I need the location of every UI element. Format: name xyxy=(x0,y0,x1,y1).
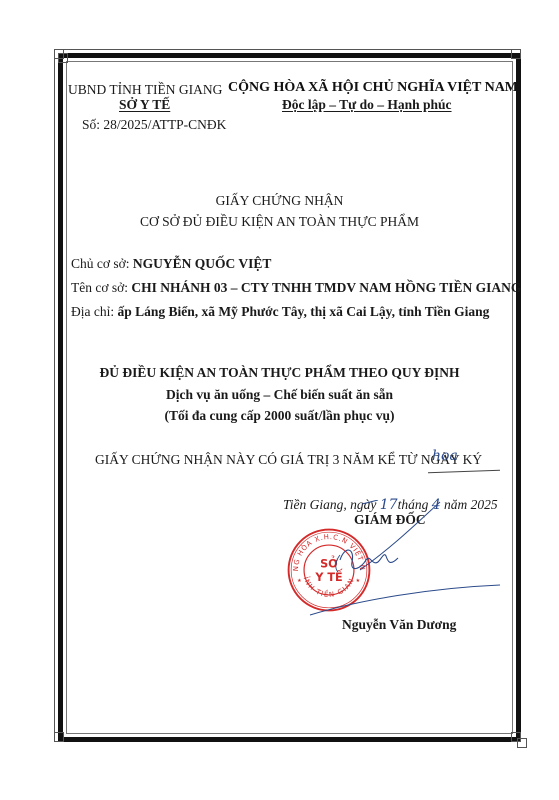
year-label: năm 2025 xyxy=(444,497,498,512)
stamp-seal-icon: CỘNG HÒA X.H.C.N VIỆT NAM TỈNH TIỀN GIAN… xyxy=(286,527,372,613)
national-title: CỘNG HÒA XÃ HỘI CHỦ NGHĨA VIỆT NAM xyxy=(228,80,518,96)
document-number: Số: 28/2025/ATTP-CNĐK xyxy=(82,117,226,133)
capacity-note: (Tối đa cung cấp 2000 suất/lần phục vụ) xyxy=(0,408,559,424)
signer-position: GIÁM ĐỐC xyxy=(354,512,426,528)
certificate-subtitle: CƠ SỞ ĐỦ ĐIỀU KIỆN AN TOÀN THỰC PHẨM xyxy=(0,214,559,230)
date-prefix: Tiền Giang, ngày xyxy=(283,497,380,512)
month-label: tháng xyxy=(398,497,432,512)
svg-text:★: ★ xyxy=(297,578,302,584)
corner-ornament-bottom-right-outer xyxy=(517,738,527,748)
national-motto: Độc lập – Tự do – Hạnh phúc xyxy=(282,97,452,113)
service-type: Dịch vụ ăn uống – Chế biến suất ăn sẵn xyxy=(0,387,559,403)
address-row: Địa chỉ: ấp Láng Biển, xã Mỹ Phước Tây, … xyxy=(71,304,489,320)
official-stamp: CỘNG HÒA X.H.C.N VIỆT NAM TỈNH TIỀN GIAN… xyxy=(286,527,372,613)
issuing-authority: UBND TỈNH TIỀN GIANG xyxy=(68,82,222,98)
signer-name: Nguyễn Văn Dương xyxy=(342,617,456,633)
address-value: ấp Láng Biển, xã Mỹ Phước Tây, thị xã Ca… xyxy=(118,304,490,319)
address-label: Địa chỉ: xyxy=(71,304,118,319)
establishment-value: CHI NHÁNH 03 – CTY TNHH TMDV NAM HỒNG TI… xyxy=(131,280,521,295)
handwritten-month: 4 xyxy=(432,497,441,513)
issuing-department: SỞ Y TẾ xyxy=(119,97,170,113)
initial-signature: hoa xyxy=(432,448,458,464)
signing-date: Tiền Giang, ngày 17tháng 4 năm 2025 xyxy=(283,497,498,513)
certificate-title: GIẤY CHỨNG NHẬN xyxy=(0,193,559,209)
establishment-row: Tên cơ sở: CHI NHÁNH 03 – CTY TNHH TMDV … xyxy=(71,280,521,296)
corner-ornament-bottom-left xyxy=(54,732,64,742)
handwritten-day: 17 xyxy=(380,497,398,513)
stamp-center-line1: SỞ xyxy=(320,556,338,570)
validity-statement: GIẤY CHỨNG NHẬN NÀY CÓ GIÁ TRỊ 3 NĂM KỂ … xyxy=(95,452,482,468)
establishment-label: Tên cơ sở: xyxy=(71,280,131,295)
corner-ornament-top-right xyxy=(511,49,521,59)
owner-row: Chủ cơ sở: NGUYỄN QUỐC VIỆT xyxy=(71,256,271,272)
compliance-statement: ĐỦ ĐIỀU KIỆN AN TOÀN THỰC PHẨM THEO QUY … xyxy=(0,365,559,381)
corner-ornament-top-left-inner xyxy=(58,53,68,63)
stamp-center-line2: Y TẾ xyxy=(314,569,343,584)
svg-text:★: ★ xyxy=(356,578,361,584)
owner-value: NGUYỄN QUỐC VIỆT xyxy=(133,256,272,271)
owner-label: Chủ cơ sở: xyxy=(71,256,133,271)
